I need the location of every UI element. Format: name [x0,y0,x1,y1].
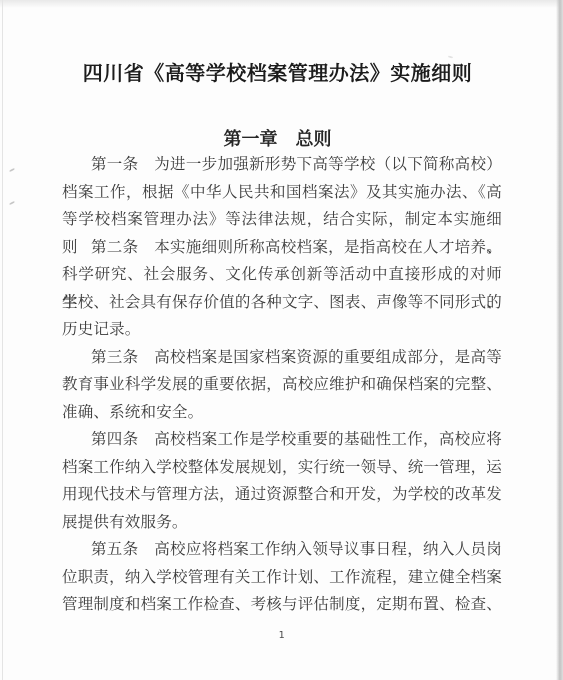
text-line: 教育事业科学发展的重要依据，高校应维护和确保档案的完整、 [62,371,502,399]
text-line: 第三条 高校档案是国家档案资源的重要组成部分，是高等 [62,344,502,372]
text-line: 位职责，纳入学校管理有关工作计划、工作流程，建立健全档案 [62,564,502,592]
document-title: 四川省《高等学校档案管理办法》实施细则 [0,57,555,86]
text-line: 管理制度和档案工作检查、考核与评估制度，定期布置、检查、 [62,591,502,619]
scanned-document-page: 四川省《高等学校档案管理办法》实施细则 第一章 总则 第一条 为进一步加强新形势… [0,0,563,680]
text-line: 档案工作，根据《中华人民共和国档案法》及其实施办法、《高 [62,179,502,207]
text-line: 科学研究、社会服务、文化传承创新等活动中直接形成的对师生、 [62,261,502,289]
text-line: 第一条 为进一步加强新形势下高等学校（以下简称高校） [62,151,502,179]
text-line: 第二条 本实施细则所称高校档案，是指高校在人才培养、 [62,234,502,262]
text-line: 准确、系统和安全。 [62,399,502,427]
scan-fold-line-left [2,0,3,680]
scan-edge-right [556,0,563,680]
text-line: 档案工作纳入学校整体发展规划，实行统一领导、统一管理，运 [62,454,502,482]
scan-speckle [9,168,15,173]
scan-speckle [9,201,15,206]
scan-edge-top [0,0,563,8]
text-line: 用现代技术与管理方法，通过资源整合和开发，为学校的改革发 [62,481,502,509]
text-line: 第四条 高校档案工作是学校重要的基础性工作，高校应将 [62,426,502,454]
text-line: 等学校档案管理办法》等法律法规，结合实际，制定本实施细则。 [62,206,502,234]
text-line: 展提供有效服务。 [62,509,502,537]
text-line: 学校、社会具有保存价值的各种文字、图表、声像等不同形式的 [62,289,502,317]
chapter-heading: 第一章 总则 [0,125,555,151]
page-number: 1 [0,630,563,641]
text-line: 历史记录。 [62,316,502,344]
document-body: 第一条 为进一步加强新形势下高等学校（以下简称高校）档案工作，根据《中华人民共和… [62,151,502,619]
text-line: 第五条 高校应将档案工作纳入领导议事日程，纳入人员岗 [62,536,502,564]
